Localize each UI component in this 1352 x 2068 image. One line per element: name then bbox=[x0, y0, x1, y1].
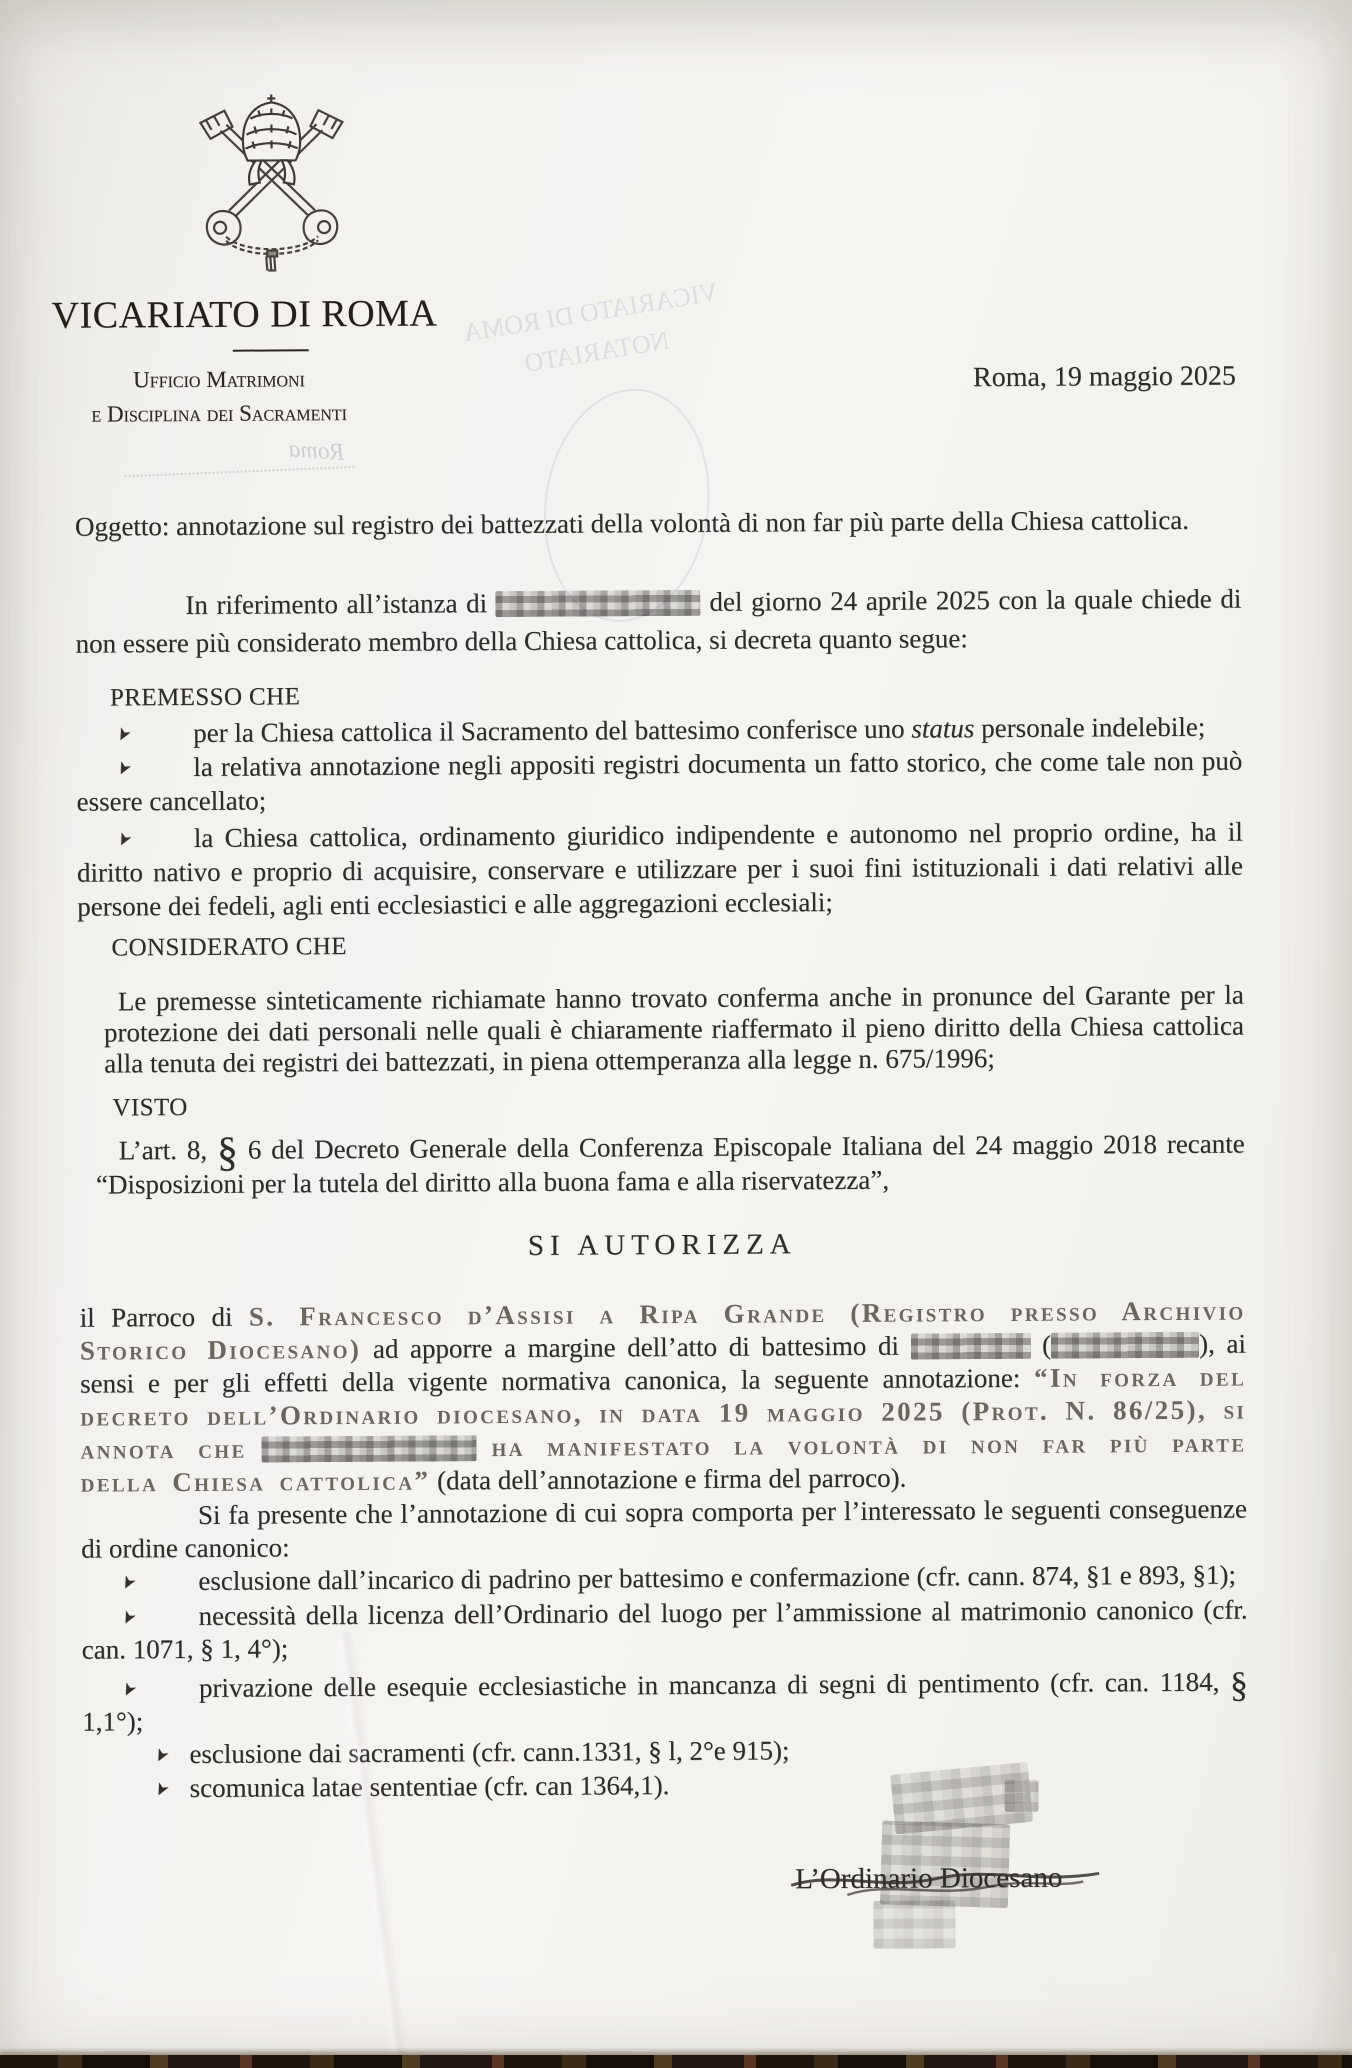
document-body: Oggetto: annotazione sul registro dei ba… bbox=[75, 502, 1249, 1806]
premesso-item-3: ➤la Chiesa cattolica, ordinamento giurid… bbox=[77, 815, 1244, 924]
subject-line: Oggetto: annotazione sul registro dei ba… bbox=[75, 502, 1241, 546]
intro-paragraph: In riferimento all’istanza di del giorno… bbox=[75, 580, 1241, 663]
redacted-name bbox=[496, 590, 701, 617]
authorization-paragraph: il Parroco di S. Francesco d’Assisi a Ri… bbox=[80, 1295, 1247, 1500]
consequence-item-1: ➤esclusione dall’incarico di padrino per… bbox=[81, 1559, 1247, 1599]
authorization-heading: SI AUTORIZZA bbox=[79, 1224, 1245, 1267]
ghost-dotted-line bbox=[125, 466, 355, 477]
bullet-arrow-icon: ➤ bbox=[106, 825, 143, 853]
signature-title: L’Ordinario Diocesano bbox=[795, 1862, 1062, 1897]
bullet-arrow-icon: ➤ bbox=[111, 1604, 147, 1632]
section-heading-premesso: PREMESSO CHE bbox=[110, 677, 1242, 714]
bullet-arrow-icon: ➤ bbox=[111, 1569, 147, 1597]
title-rule bbox=[233, 349, 309, 351]
consequence-item-5: ➤scomunica latae sententiae (cfr. can 13… bbox=[83, 1766, 1249, 1806]
ghost-mirrored-text: VICARIATO DI ROMA NOTARIATO bbox=[459, 272, 729, 393]
bullet-arrow-icon: ➤ bbox=[111, 1676, 147, 1704]
redacted-name bbox=[261, 1435, 476, 1462]
bottom-scan-edge bbox=[0, 2055, 1352, 2068]
premesso-item-2: ➤la relativa annotazione negli appositi … bbox=[76, 744, 1242, 819]
visto-paragraph: L’art. 8, § 6 del Decreto Generale della… bbox=[96, 1127, 1245, 1202]
pixelated-signature bbox=[873, 1900, 955, 1949]
consequence-item-2: ➤necessità della licenza dell’Ordinario … bbox=[81, 1594, 1247, 1667]
consequence-item-3: ➤privazione delle esequie ecclesiastiche… bbox=[82, 1666, 1248, 1739]
date-line: Roma, 19 maggio 2025 bbox=[973, 361, 1236, 395]
redacted-detail bbox=[1051, 1332, 1199, 1359]
vatican-crossed-keys-emblem-icon bbox=[162, 88, 381, 277]
italic-status-word: status bbox=[911, 713, 974, 743]
section-heading-visto: VISTO bbox=[112, 1087, 1244, 1124]
bullet-arrow-icon: ➤ bbox=[105, 720, 142, 748]
bullet-arrow-icon: ➤ bbox=[144, 1776, 180, 1804]
office-line-2: e Disciplina dei Sacramenti bbox=[44, 396, 394, 432]
bullet-arrow-icon: ➤ bbox=[144, 1742, 180, 1770]
bullet-arrow-icon: ➤ bbox=[105, 754, 142, 782]
organization-title: VICARIATO DI ROMA bbox=[51, 291, 437, 337]
redacted-name bbox=[910, 1333, 1030, 1360]
section-symbol: § bbox=[1230, 1665, 1248, 1705]
scanned-document-page: VICARIATO DI ROMA Ufficio Matrimoni e Di… bbox=[0, 0, 1352, 2068]
section-heading-considerato: CONSIDERATO CHE bbox=[111, 927, 1243, 964]
consequences-lead: Si fa presente che l’annotazione di cui … bbox=[81, 1493, 1247, 1566]
pixelated-signature bbox=[1005, 1780, 1039, 1812]
scan-edge-shadow bbox=[0, 2048, 1352, 2055]
considerato-paragraph: Le premesse sinteticamente richiamate ha… bbox=[104, 980, 1245, 1080]
scan-content: VICARIATO DI ROMA Ufficio Matrimoni e Di… bbox=[0, 0, 1352, 2068]
ghost-handwriting: Roma bbox=[288, 436, 346, 467]
office-line-1: Ufficio Matrimoni bbox=[44, 362, 394, 398]
